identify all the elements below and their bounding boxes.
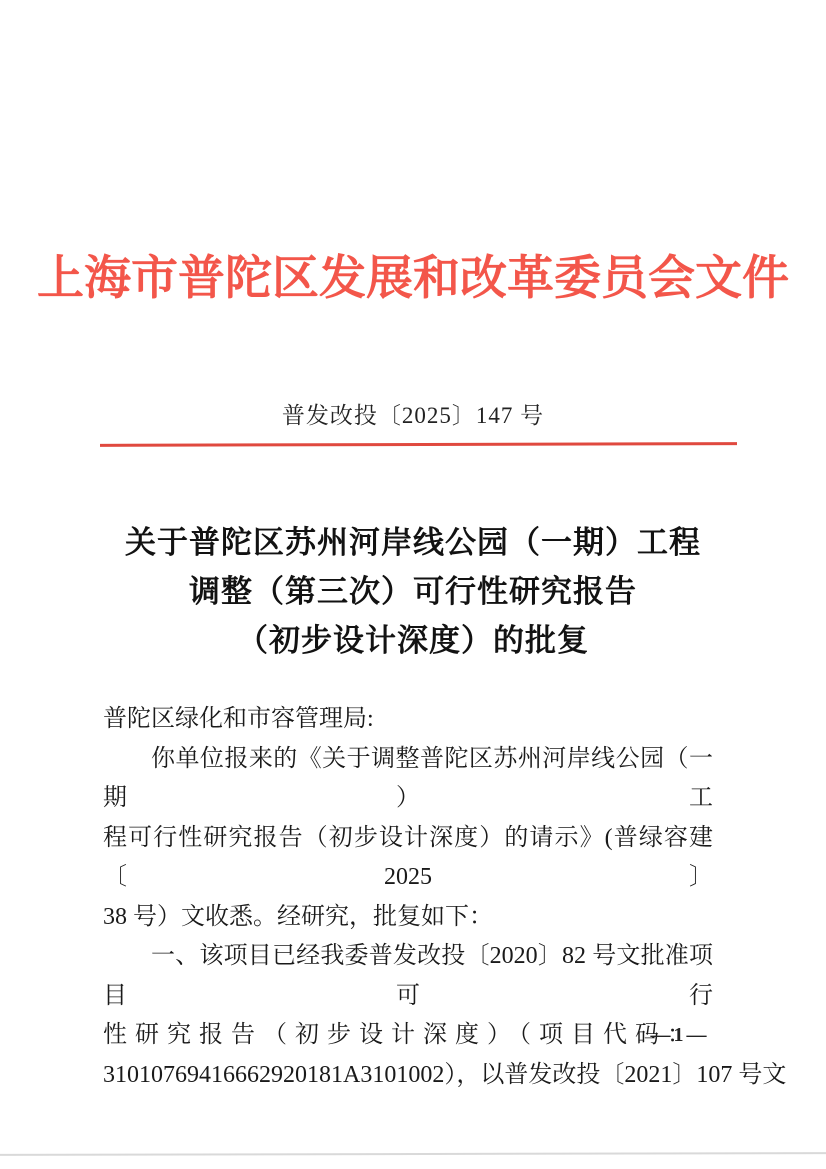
body-line: 程可行性研究报告（初步设计深度）的请示》(普绿容建〔2025〕 xyxy=(103,819,713,898)
agency-masthead-title: 上海市普陀区发展和改革委员会文件 xyxy=(0,241,826,308)
document-reference-number: 普发改投〔2025〕147 号 xyxy=(0,397,826,430)
body-line: 一、该项目已经我委普发改投〔2020〕82 号文批准项目可行 xyxy=(103,937,713,1016)
scan-edge-artifact xyxy=(0,1152,826,1155)
body-line: 38 号）文收悉。经研究，批复如下： xyxy=(103,898,713,938)
salutation-line: 普陀区绿化和市容管理局: xyxy=(103,700,713,740)
document-body: 普陀区绿化和市容管理局: 你单位报来的《关于调整普陀区苏州河岸线公园（一期）工 … xyxy=(103,700,713,1095)
document-title-line-3: （初步设计深度）的批复 xyxy=(0,616,826,665)
body-line: 你单位报来的《关于调整普陀区苏州河岸线公园（一期）工 xyxy=(103,740,713,819)
document-title: 关于普陀区苏州河岸线公园（一期）工程 调整（第三次）可行性研究报告 （初步设计深… xyxy=(0,518,826,665)
document-title-line-1: 关于普陀区苏州河岸线公园（一期）工程 xyxy=(0,518,826,567)
scanned-official-document-page: 上海市普陀区发展和改革委员会文件 普发改投〔2025〕147 号 关于普陀区苏州… xyxy=(0,0,826,1169)
body-line-project-code: 31010769416662920181A3101002），以普发改投〔2021… xyxy=(103,1056,713,1096)
red-separator-line xyxy=(100,442,737,447)
document-title-line-2: 调整（第三次）可行性研究报告 xyxy=(0,567,826,616)
page-number: —1— xyxy=(640,1024,720,1047)
body-line: 性研究报告（初步设计深度）（项目代码： xyxy=(103,1016,713,1056)
